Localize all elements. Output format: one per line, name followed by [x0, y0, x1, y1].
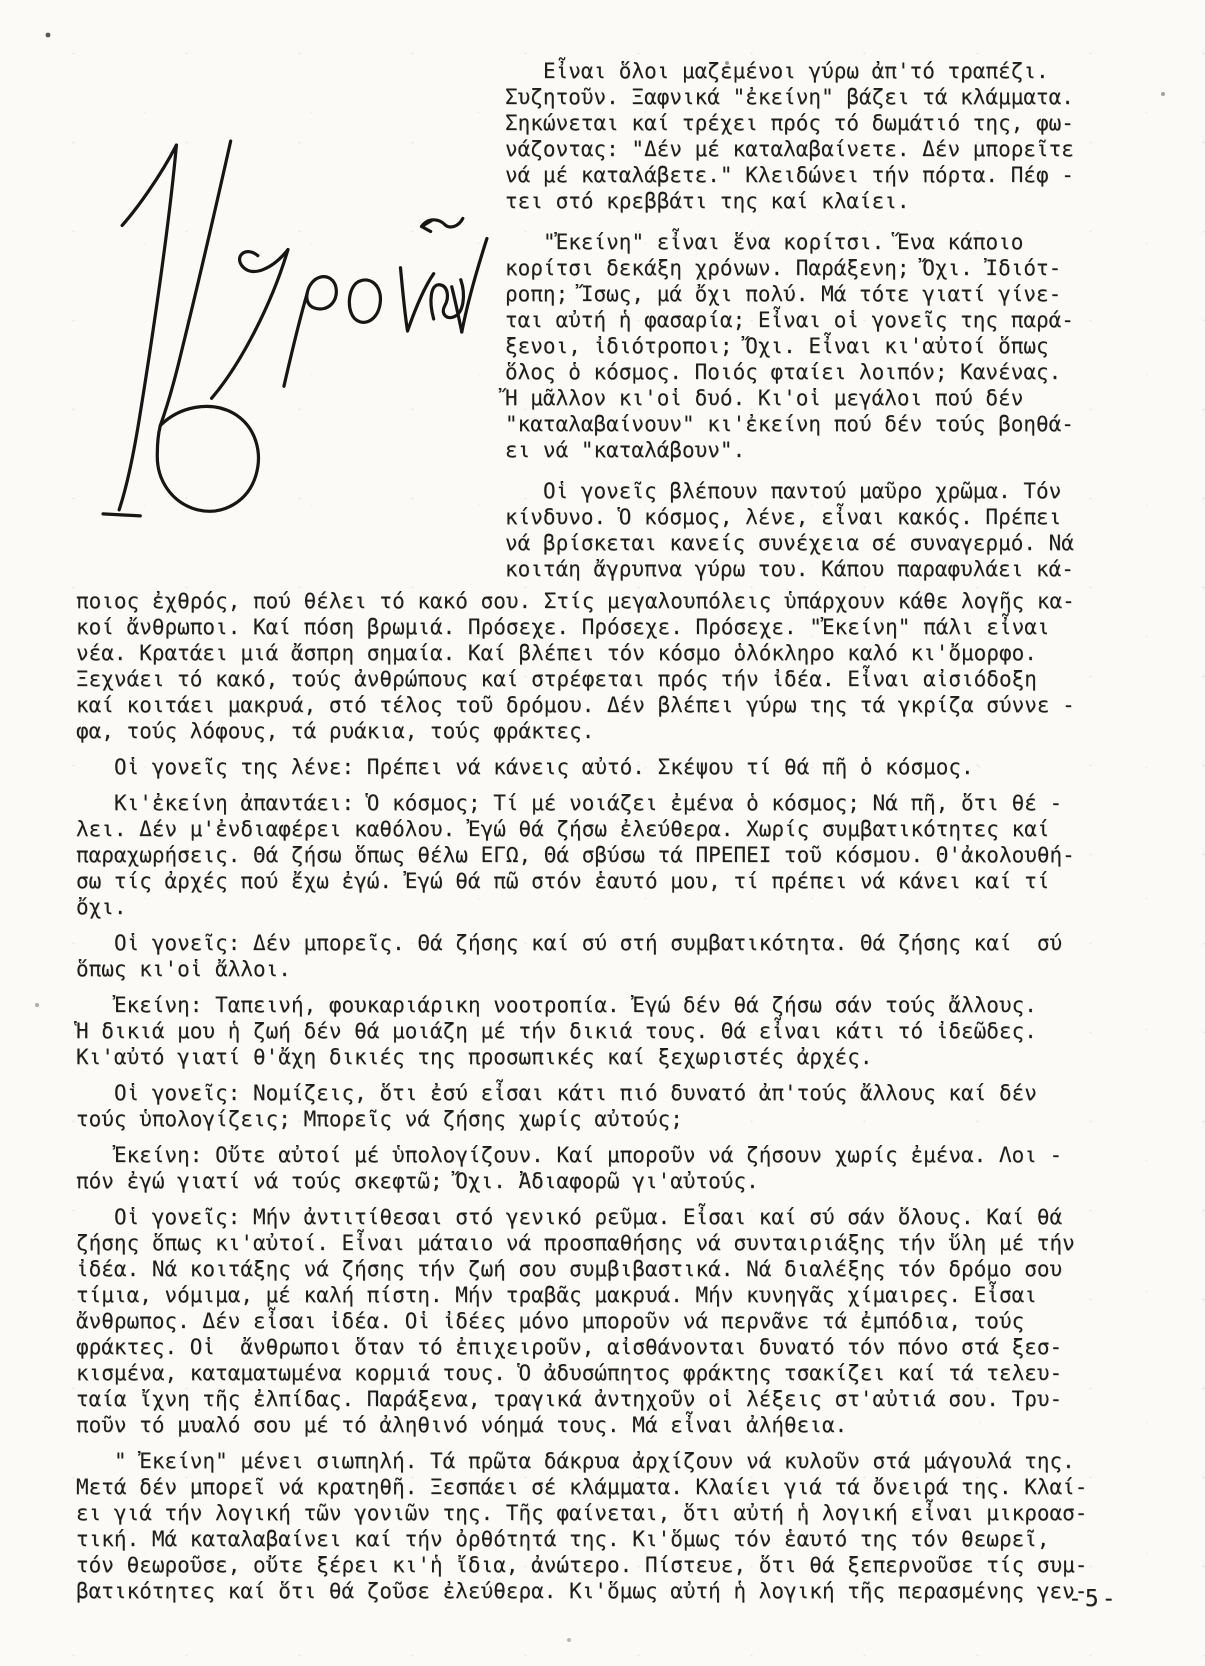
paragraph-3-continued: ποιος ἐχθρός, πού θέλει τό κακό σου. Στί… — [76, 588, 1162, 744]
paragraph-3-narrow: Οἱ γονεῖς βλέπουν παντού μαῦρο χρῶμα. Τό… — [505, 478, 1157, 582]
scanned-typewritten-page: Εἶναι ὅλοι μαζεμένοι γύρω ἀπ'τό τραπέζι.… — [0, 0, 1205, 1666]
paragraph-6: Οἱ γονεῖς: Δέν μπορεῖς. Θά ζήσης καί σύ … — [76, 930, 1162, 982]
hand-drawn-title-strokes — [86, 128, 510, 540]
paragraph-10: Οἱ γονεῖς: Μήν ἀντιτίθεσαι στό γενικό ρε… — [76, 1204, 1162, 1438]
text-column-right: Εἶναι ὅλοι μαζεμένοι γύρω ἀπ'τό τραπέζι.… — [505, 58, 1157, 597]
paragraph-2: "Ἐκείνη" εἶναι ἕνα κορίτσι. Ἕνα κάποιο κ… — [505, 229, 1157, 463]
paragraph-11: " Ἐκείνη" μένει σιωπηλή. Τά πρῶτα δάκρυα… — [76, 1448, 1162, 1604]
paragraph-9: Ἐκείνη: Οὔτε αὐτοί μέ ὑπολογίζουν. Καί μ… — [76, 1142, 1162, 1194]
paragraph-4: Οἱ γονεῖς της λένε: Πρέπει νά κάνεις αὐτ… — [76, 754, 1162, 780]
paragraph-5: Κι'ἐκείνη ἀπαντάει: Ὁ κόσμος; Τί μέ νοιά… — [76, 790, 1162, 920]
paragraph-1: Εἶναι ὅλοι μαζεμένοι γύρω ἀπ'τό τραπέζι.… — [505, 58, 1157, 214]
paragraph-8: Οἱ γονεῖς: Νομίζεις, ὅτι ἐσύ εἶσαι κάτι … — [76, 1080, 1162, 1132]
text-column-full: ποιος ἐχθρός, πού θέλει τό κακό σου. Στί… — [76, 588, 1162, 1614]
page-number: -5- — [1068, 1586, 1119, 1612]
hand-drawn-title — [86, 128, 510, 540]
paragraph-7: Ἐκείνη: Ταπεινή, φουκαριάρικη νοοτροπία.… — [76, 992, 1162, 1070]
scan-noise-specks — [0, 0, 2, 2]
